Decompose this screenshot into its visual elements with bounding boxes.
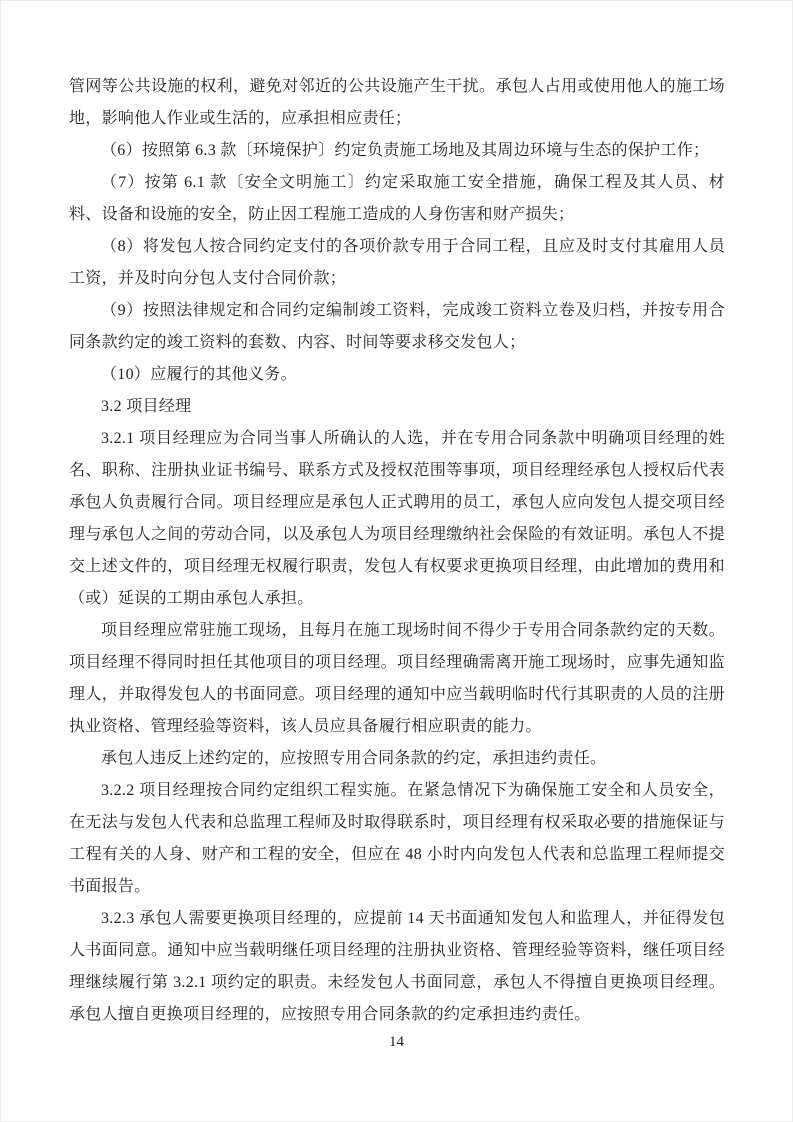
paragraph: 管网等公共设施的权利，避免对邻近的公共设施产生干扰。承包人占用或使用他人的施工场…	[69, 71, 725, 135]
paragraph: （7）按第 6.1 款〔安全文明施工〕约定采取施工安全措施，确保工程及其人员、材…	[69, 167, 725, 231]
paragraph: 承包人违反上述约定的，应按照专用合同条款的约定，承担违约责任。	[69, 743, 725, 775]
document-body: 管网等公共设施的权利，避免对邻近的公共设施产生干扰。承包人占用或使用他人的施工场…	[69, 71, 725, 1031]
paragraph: 3.2.2 项目经理按合同约定组织工程实施。在紧急情况下为确保施工安全和人员安全…	[69, 775, 725, 903]
paragraph: （9）按照法律规定和合同约定编制竣工资料，完成竣工资料立卷及归档，并按专用合同条…	[69, 295, 725, 359]
page-number: 14	[1, 1033, 792, 1051]
paragraph: （6）按照第 6.3 款〔环境保护〕约定负责施工场地及其周边环境与生态的保护工作…	[69, 135, 725, 167]
paragraph: （10）应履行的其他义务。	[69, 359, 725, 391]
paragraph: （8）将发包人按合同约定支付的各项价款专用于合同工程，且应及时支付其雇用人员工资…	[69, 231, 725, 295]
paragraph: 3.2.3 承包人需要更换项目经理的，应提前 14 天书面通知发包人和监理人，并…	[69, 903, 725, 1031]
paragraph: 3.2.1 项目经理应为合同当事人所确认的人选，并在专用合同条款中明确项目经理的…	[69, 423, 725, 615]
paragraph: 项目经理应常驻施工现场，且每月在施工现场时间不得少于专用合同条款约定的天数。项目…	[69, 615, 725, 743]
document-page: 管网等公共设施的权利，避免对邻近的公共设施产生干扰。承包人占用或使用他人的施工场…	[0, 0, 793, 1122]
paragraph: 3.2 项目经理	[69, 391, 725, 423]
